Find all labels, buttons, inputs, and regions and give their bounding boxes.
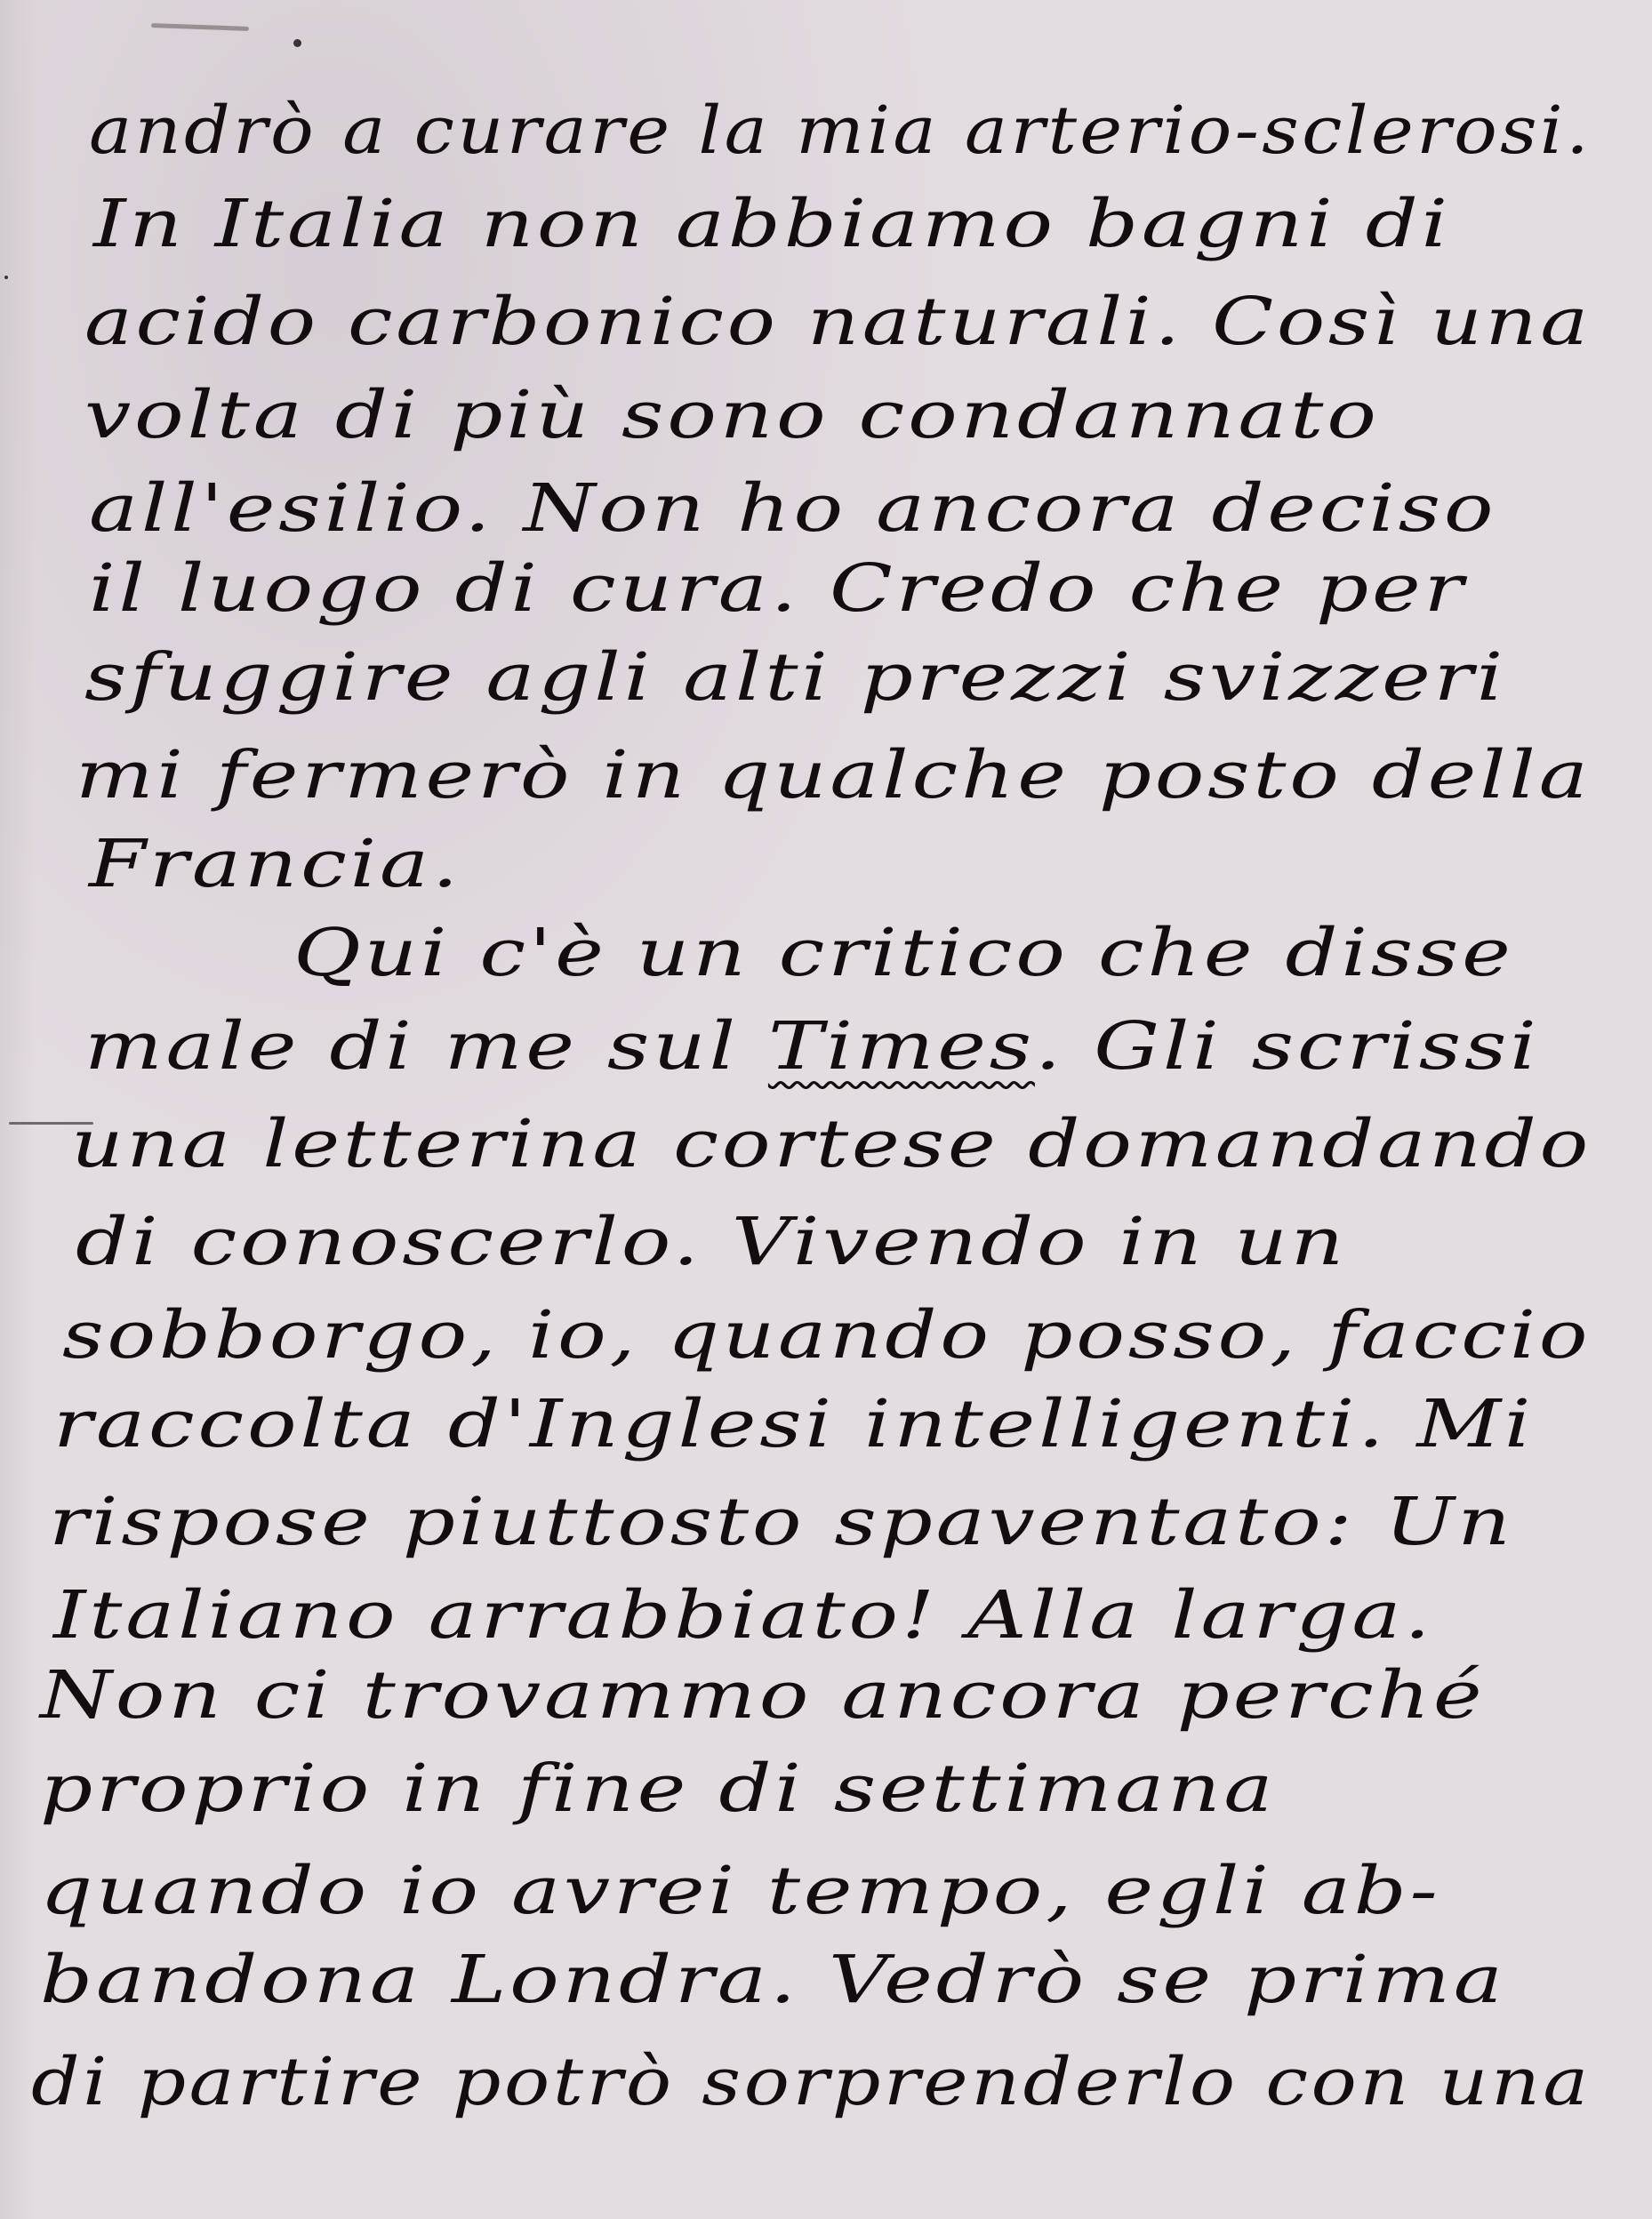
text-line: Francia. — [89, 831, 461, 897]
text-line: quando io avrei tempo, egli ab- — [40, 1858, 1441, 1924]
line-text: In Italia non abbiamo bagni di — [93, 186, 1451, 262]
line-text: acido carbonico naturali. Così una — [84, 284, 1592, 360]
text-line: proprio in fine di settimana — [40, 1756, 1276, 1822]
text-line: una letterina cortese domandando — [71, 1111, 1592, 1177]
text-line: acido carbonico naturali. Così una — [84, 289, 1592, 355]
ink-speck — [293, 39, 301, 47]
text-line: bandona Londra. Vedrò se prima — [40, 1947, 1506, 2013]
text-line: di conoscerlo. Vivendo in un — [76, 1209, 1347, 1275]
text-line: Qui c'è un critico che disse — [293, 920, 1514, 986]
text-line: di partire potrò sorprenderlo con una — [31, 2049, 1592, 2115]
text-line: mi fermerò in qualche posto della — [76, 742, 1592, 808]
line-text: raccolta d'Inglesi intelligenti. Mi — [53, 1386, 1534, 1462]
line-text: rispose piuttosto spaventato: Un — [49, 1484, 1514, 1560]
text-line: all'esilio. Non ho ancora deciso — [89, 476, 1496, 541]
text-line: male di me sul Times. Gli scrissi — [84, 1013, 1540, 1079]
text-line: sfuggire agli alti prezzi svizzeri — [84, 645, 1506, 710]
line-text: male di me sul — [84, 1008, 739, 1085]
text-line: rispose piuttosto spaventato: Un — [49, 1489, 1514, 1555]
ink-smudge — [151, 23, 249, 31]
line-text: Qui c'è un critico che disse — [293, 915, 1514, 991]
line-text: di conoscerlo. Vivendo in un — [76, 1204, 1347, 1280]
line-text: quando io avrei tempo, egli ab- — [40, 1853, 1441, 1929]
underlined-word: Times — [768, 1008, 1035, 1085]
text-line: andrò a curare la mia arterio-sclerosi. — [89, 98, 1592, 164]
text-line: volta di più sono condannato — [84, 382, 1380, 448]
line-text: sobborgo, io, quando posso, faccio — [62, 1297, 1591, 1374]
line-text: Francia. — [89, 826, 461, 902]
ink-speck — [4, 276, 8, 279]
line-text: andrò a curare la mia arterio-sclerosi. — [89, 92, 1592, 169]
line-text: Italiano arrabbiato! Alla larga. — [53, 1577, 1433, 1654]
line-text: mi fermerò in qualche posto della — [76, 737, 1592, 813]
text-line: sobborgo, io, quando posso, faccio — [62, 1302, 1591, 1368]
line-text: volta di più sono condannato — [84, 377, 1380, 453]
text-line: il luogo di cura. Credo che per — [89, 556, 1466, 621]
line-text: il luogo di cura. Credo che per — [89, 550, 1466, 627]
line-text: proprio in fine di settimana — [40, 1750, 1276, 1827]
text-line: In Italia non abbiamo bagni di — [93, 191, 1451, 257]
line-text: bandona Londra. Vedrò se prima — [40, 1942, 1506, 2018]
line-text: Non ci trovammo ancora perché — [40, 1657, 1485, 1734]
line-text: sfuggire agli alti prezzi svizzeri — [84, 639, 1506, 716]
line-text: di partire potrò sorprenderlo con una — [31, 2044, 1592, 2120]
line-text: una letterina cortese domandando — [71, 1106, 1592, 1182]
line-text-rest: . Gli scrissi — [1035, 1008, 1540, 1085]
line-text: all'esilio. Non ho ancora deciso — [89, 470, 1496, 547]
text-line: raccolta d'Inglesi intelligenti. Mi — [53, 1391, 1534, 1457]
text-line: Italiano arrabbiato! Alla larga. — [53, 1582, 1433, 1648]
text-line: Non ci trovammo ancora perché — [40, 1662, 1485, 1728]
letter-page: andrò a curare la mia arterio-sclerosi.I… — [0, 0, 1652, 2219]
